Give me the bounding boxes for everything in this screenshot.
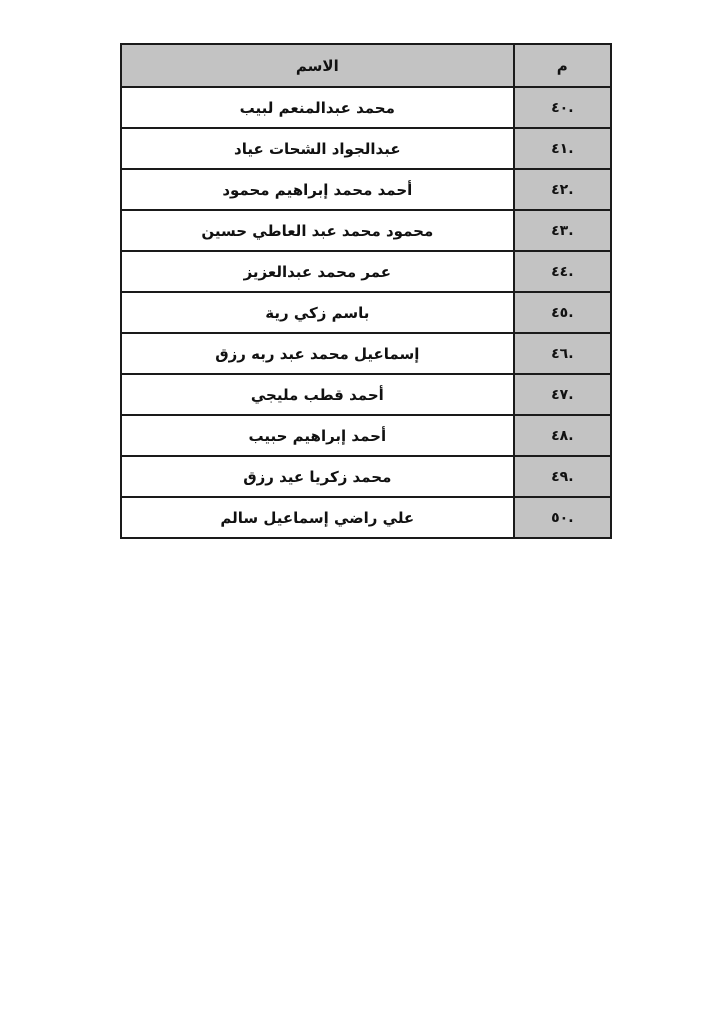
table-row: ٤٣. محمود محمد عبد العاطي حسين (121, 210, 611, 251)
row-number: ٤٨. (514, 415, 611, 456)
row-number-text: ٤٠. (551, 100, 573, 116)
row-number: ٤١. (514, 128, 611, 169)
row-number: ٤٥. (514, 292, 611, 333)
row-name: إسماعيل محمد عبد ربه رزق (121, 333, 514, 374)
row-number: ٤٢. (514, 169, 611, 210)
row-name: محمد زكريا عيد رزق (121, 456, 514, 497)
row-name: محمد عبدالمنعم لبيب (121, 87, 514, 128)
row-number-text: ٤٩. (551, 469, 573, 485)
row-number-text: ٤٨. (551, 428, 573, 444)
row-number: ٤٩. (514, 456, 611, 497)
table-row: ٤٢. أحمد محمد إبراهيم محمود (121, 169, 611, 210)
table-row: ٤٤. عمر محمد عبدالعزيز (121, 251, 611, 292)
names-table: م الاسم ٤٠. محمد عبدالمنعم لبيب ٤١. عبدا… (120, 43, 612, 539)
row-number-text: ٤٤. (551, 264, 573, 280)
row-number-text: ٤٦. (551, 346, 573, 362)
table-row: ٤٨. أحمد إبراهيم حبيب (121, 415, 611, 456)
table-row: ٤٥. باسم زكي رية (121, 292, 611, 333)
row-number: ٤٣. (514, 210, 611, 251)
row-number: ٥٠. (514, 497, 611, 538)
row-name: علي راضي إسماعيل سالم (121, 497, 514, 538)
row-number-text: ٤٣. (551, 223, 573, 239)
row-number: ٤٤. (514, 251, 611, 292)
row-name: باسم زكي رية (121, 292, 514, 333)
row-number: ٤٧. (514, 374, 611, 415)
table-row: ٥٠. علي راضي إسماعيل سالم (121, 497, 611, 538)
row-name: أحمد محمد إبراهيم محمود (121, 169, 514, 210)
header-name: الاسم (121, 44, 514, 87)
row-name: أحمد قطب مليجي (121, 374, 514, 415)
row-name: محمود محمد عبد العاطي حسين (121, 210, 514, 251)
row-number-text: ٤٥. (551, 305, 573, 321)
row-name: أحمد إبراهيم حبيب (121, 415, 514, 456)
table-row: ٤٠. محمد عبدالمنعم لبيب (121, 87, 611, 128)
row-number: ٤٦. (514, 333, 611, 374)
row-name: عمر محمد عبدالعزيز (121, 251, 514, 292)
row-number-text: ٤١. (551, 141, 573, 157)
header-number: م (514, 44, 611, 87)
table-row: ٤١. عبدالجواد الشحات عياد (121, 128, 611, 169)
row-number-text: ٤٧. (551, 387, 573, 403)
row-number-text: ٤٢. (551, 182, 573, 198)
table-row: ٤٧. أحمد قطب مليجي (121, 374, 611, 415)
table-row: ٤٦. إسماعيل محمد عبد ربه رزق (121, 333, 611, 374)
row-number: ٤٠. (514, 87, 611, 128)
row-name: عبدالجواد الشحات عياد (121, 128, 514, 169)
table-row: ٤٩. محمد زكريا عيد رزق (121, 456, 611, 497)
row-number-text: ٥٠. (551, 510, 573, 526)
header-row: م الاسم (121, 44, 611, 87)
